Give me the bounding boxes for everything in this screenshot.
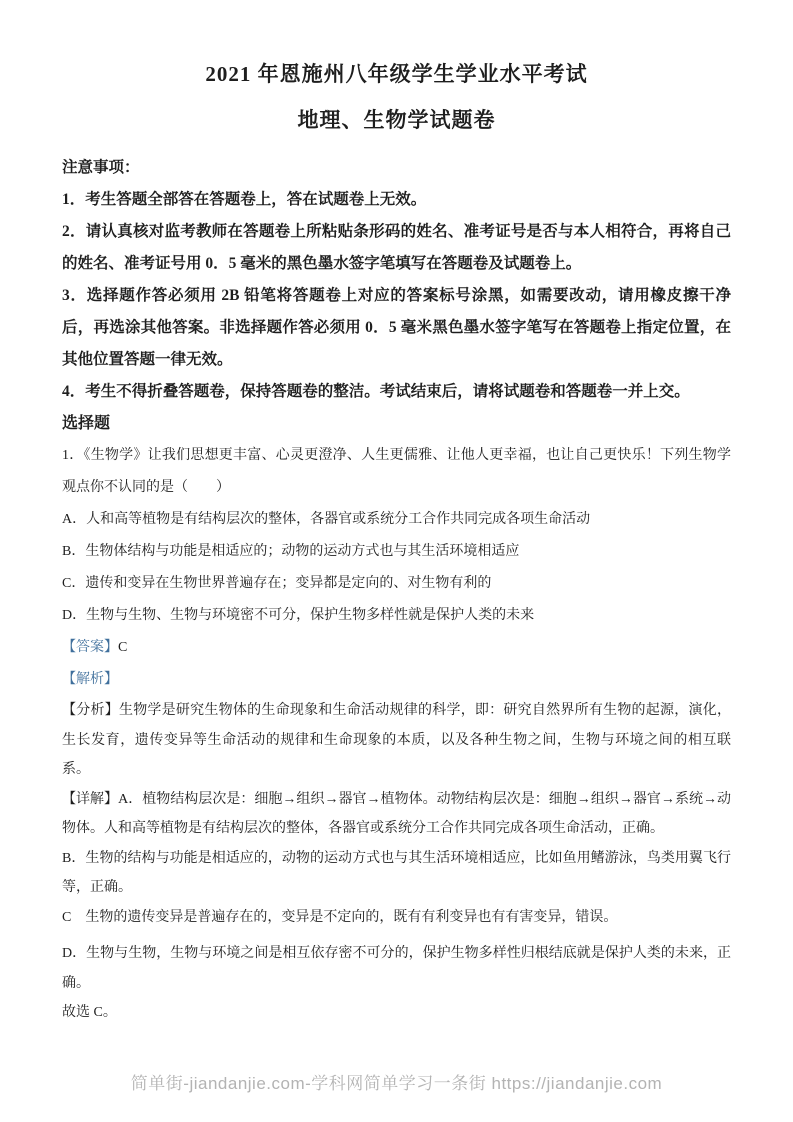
exam-subtitle: 地理、生物学试题卷	[62, 104, 731, 134]
analysis-line: 【解析】	[62, 664, 731, 696]
detail-paragraph-c: C 生物的遗传变异是普遍存在的，变异是不定向的，既有有利变异也有有害变异，错误。	[62, 903, 731, 933]
analysis-paragraph: 【分析】生物学是研究生物体的生命现象和生命活动规律的科学，即：研究自然界所有生物…	[62, 696, 731, 785]
exam-title: 2021 年恩施州八年级学生学业水平考试	[62, 58, 731, 88]
answer-label: 【答案】	[62, 640, 118, 655]
notice-heading: 注意事项：	[62, 152, 731, 184]
option-c: C．遗传和变异在生物世界普遍存在；变异都是定向的、对生物有利的	[62, 568, 731, 600]
answer-value: C	[118, 640, 127, 655]
notice-item-3: 3．选择题作答必须用 2B 铅笔将答题卷上对应的答案标号涂黑，如需要改动，请用橡…	[62, 280, 731, 376]
explanation-section: 【分析】生物学是研究生物体的生命现象和生命活动规律的科学，即：研究自然界所有生物…	[62, 696, 731, 1028]
detail-paragraph-b: B．生物的结构与功能是相适应的，动物的运动方式也与其生活环境相适应，比如鱼用鳍游…	[62, 844, 731, 903]
answer-line: 【答案】C	[62, 632, 731, 664]
footer-watermark: 简单街-jiandanjie.com-学科网简单学习一条街 https://ji…	[0, 1069, 793, 1094]
detail-paragraph-d: D．生物与生物，生物与环境之间是相互依存密不可分的，保护生物多样性归根结底就是保…	[62, 939, 731, 998]
analysis-label: 【解析】	[62, 672, 118, 687]
question-block: 1．《生物学》让我们思想更丰富、心灵更澄净、人生更儒雅、让他人更幸福，也让自己更…	[62, 440, 731, 632]
notice-item-4: 4．考生不得折叠答题卷，保持答题卷的整洁。考试结束后，请将试题卷和答题卷一并上交…	[62, 376, 731, 408]
option-a: A．人和高等植物是有结构层次的整体，各器官或系统分工合作共同完成各项生命活动	[62, 504, 731, 536]
option-b: B．生物体结构与功能是相适应的；动物的运动方式也与其生活环境相适应	[62, 536, 731, 568]
option-d: D．生物与生物、生物与环境密不可分，保护生物多样性就是保护人类的未来	[62, 600, 731, 632]
exam-paper-page: 2021 年恩施州八年级学生学业水平考试 地理、生物学试题卷 注意事项： 1．考…	[0, 0, 793, 1122]
notice-section: 注意事项： 1．考生答题全部答在答题卷上，答在试题卷上无效。 2．请认真核对监考…	[62, 152, 731, 408]
notice-item-1: 1．考生答题全部答在答题卷上，答在试题卷上无效。	[62, 184, 731, 216]
section-heading: 选择题	[62, 408, 731, 440]
question-stem: 1．《生物学》让我们思想更丰富、心灵更澄净、人生更儒雅、让他人更幸福，也让自己更…	[62, 440, 731, 504]
notice-item-2: 2．请认真核对监考教师在答题卷上所粘贴条形码的姓名、准考证号是否与本人相符合，再…	[62, 216, 731, 280]
conclusion: 故选 C。	[62, 998, 731, 1028]
detail-paragraph-a: 【详解】A．植物结构层次是：细胞→组织→器官→植物体。动物结构层次是：细胞→组织…	[62, 785, 731, 844]
